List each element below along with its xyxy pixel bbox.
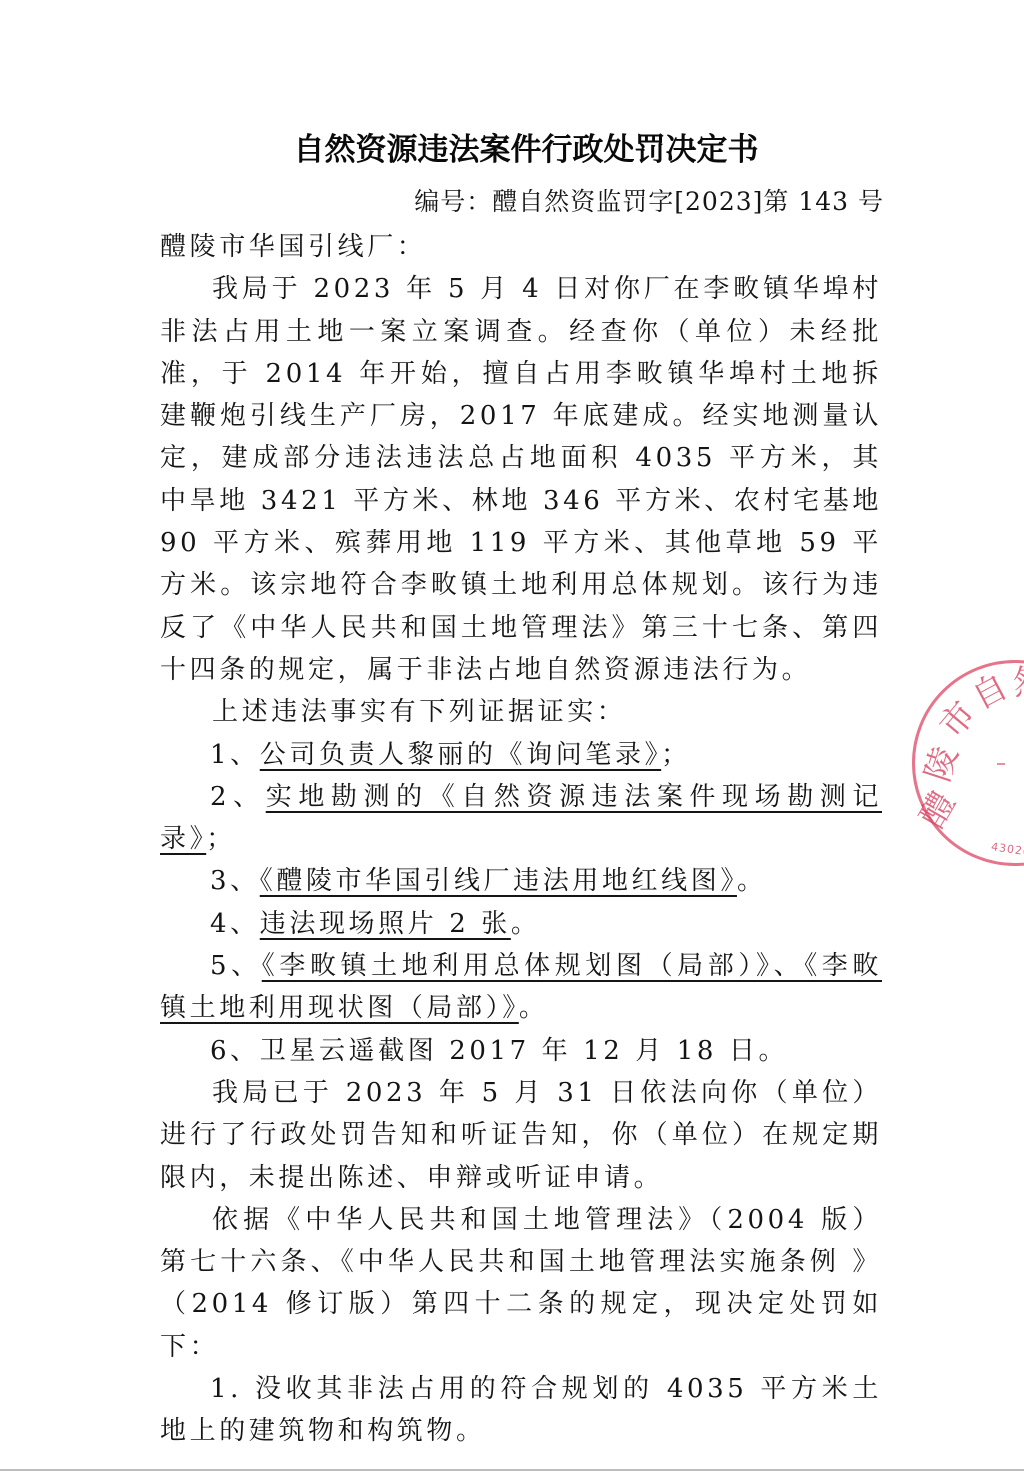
document-title: 自然资源违法案件行政处罚决定书 (0, 128, 1024, 172)
evidence-punct: 。 (758, 1036, 788, 1066)
document-body: 醴陵市华国引线厂： 我局于 2023 年 5 月 4 日对你厂在李畋镇华埠村非法… (160, 226, 882, 1453)
stamp-char: 然 (1011, 663, 1024, 700)
addressee: 醴陵市华国引线厂： (160, 226, 882, 268)
official-seal-stamp: 醴 陵 市 自 然 43020 (912, 660, 1024, 866)
stamp-center-mark (997, 763, 1005, 765)
stamp-char: 醴 (915, 787, 961, 833)
paragraph-facts: 我局于 2023 年 5 月 4 日对你厂在李畋镇华埠村非法占用土地一案立案调查… (160, 268, 882, 691)
evidence-text: 公司负责人黎丽的《询问笔录》 (260, 740, 661, 770)
stamp-char: 市 (934, 696, 982, 744)
stamp-char: 自 (967, 669, 1013, 715)
evidence-text: 卫星云遥截图 2017 年 12 月 18 日 (260, 1036, 759, 1066)
evidence-number: 4、 (210, 909, 260, 939)
evidence-punct: ； (661, 740, 691, 770)
evidence-punct: 。 (737, 866, 767, 896)
paragraph-notice: 我局已于 2023 年 5 月 31 日依法向你（单位）进行了行政处罚告知和听证… (160, 1072, 882, 1199)
paragraph-legal-basis: 依据《中华人民共和国土地管理法》（2004 版）第七十六条、《中华人民共和国土地… (160, 1199, 882, 1368)
evidence-punct: 。 (511, 909, 541, 939)
evidence-number: 1、 (210, 740, 260, 770)
evidence-item-2: 2、实地勘测的《自然资源违法案件现场勘测记录》； (160, 776, 882, 861)
document-number: 编号：醴自然资监罚字[2023]第 143 号 (414, 183, 884, 221)
evidence-intro: 上述违法事实有下列证据证实： (160, 691, 882, 733)
stamp-char: 陵 (921, 743, 964, 786)
evidence-item-5: 5、《李畋镇土地利用总体规划图（局部）》、《李畋镇土地利用现状图（局部）》。 (160, 945, 882, 1030)
evidence-item-3: 3、《醴陵市华国引线厂违法用地红线图》。 (160, 860, 882, 902)
evidence-text: 《醴陵市华国引线厂违法用地红线图》 (260, 866, 737, 896)
document-page: 自然资源违法案件行政处罚决定书 编号：醴自然资监罚字[2023]第 143 号 … (0, 0, 1024, 1471)
stamp-code: 43020 (990, 840, 1024, 858)
evidence-text: 违法现场照片 2 张 (260, 909, 511, 939)
evidence-punct: ； (206, 824, 236, 854)
evidence-punct: 。 (519, 993, 549, 1023)
decision-item-1: 1. 没收其非法占用的符合规划的 4035 平方米土地上的建筑物和构筑物。 (160, 1368, 882, 1453)
evidence-number: 5、 (210, 951, 262, 981)
evidence-number: 2、 (210, 782, 266, 812)
evidence-number: 3、 (210, 866, 260, 896)
evidence-item-4: 4、违法现场照片 2 张。 (160, 903, 882, 945)
evidence-item-6: 6、卫星云遥截图 2017 年 12 月 18 日。 (160, 1030, 882, 1072)
evidence-number: 6、 (210, 1036, 260, 1066)
evidence-text: 实地勘测的《自然资源违法案件现场勘测记录》 (160, 782, 882, 854)
evidence-item-1: 1、公司负责人黎丽的《询问笔录》； (160, 734, 882, 776)
